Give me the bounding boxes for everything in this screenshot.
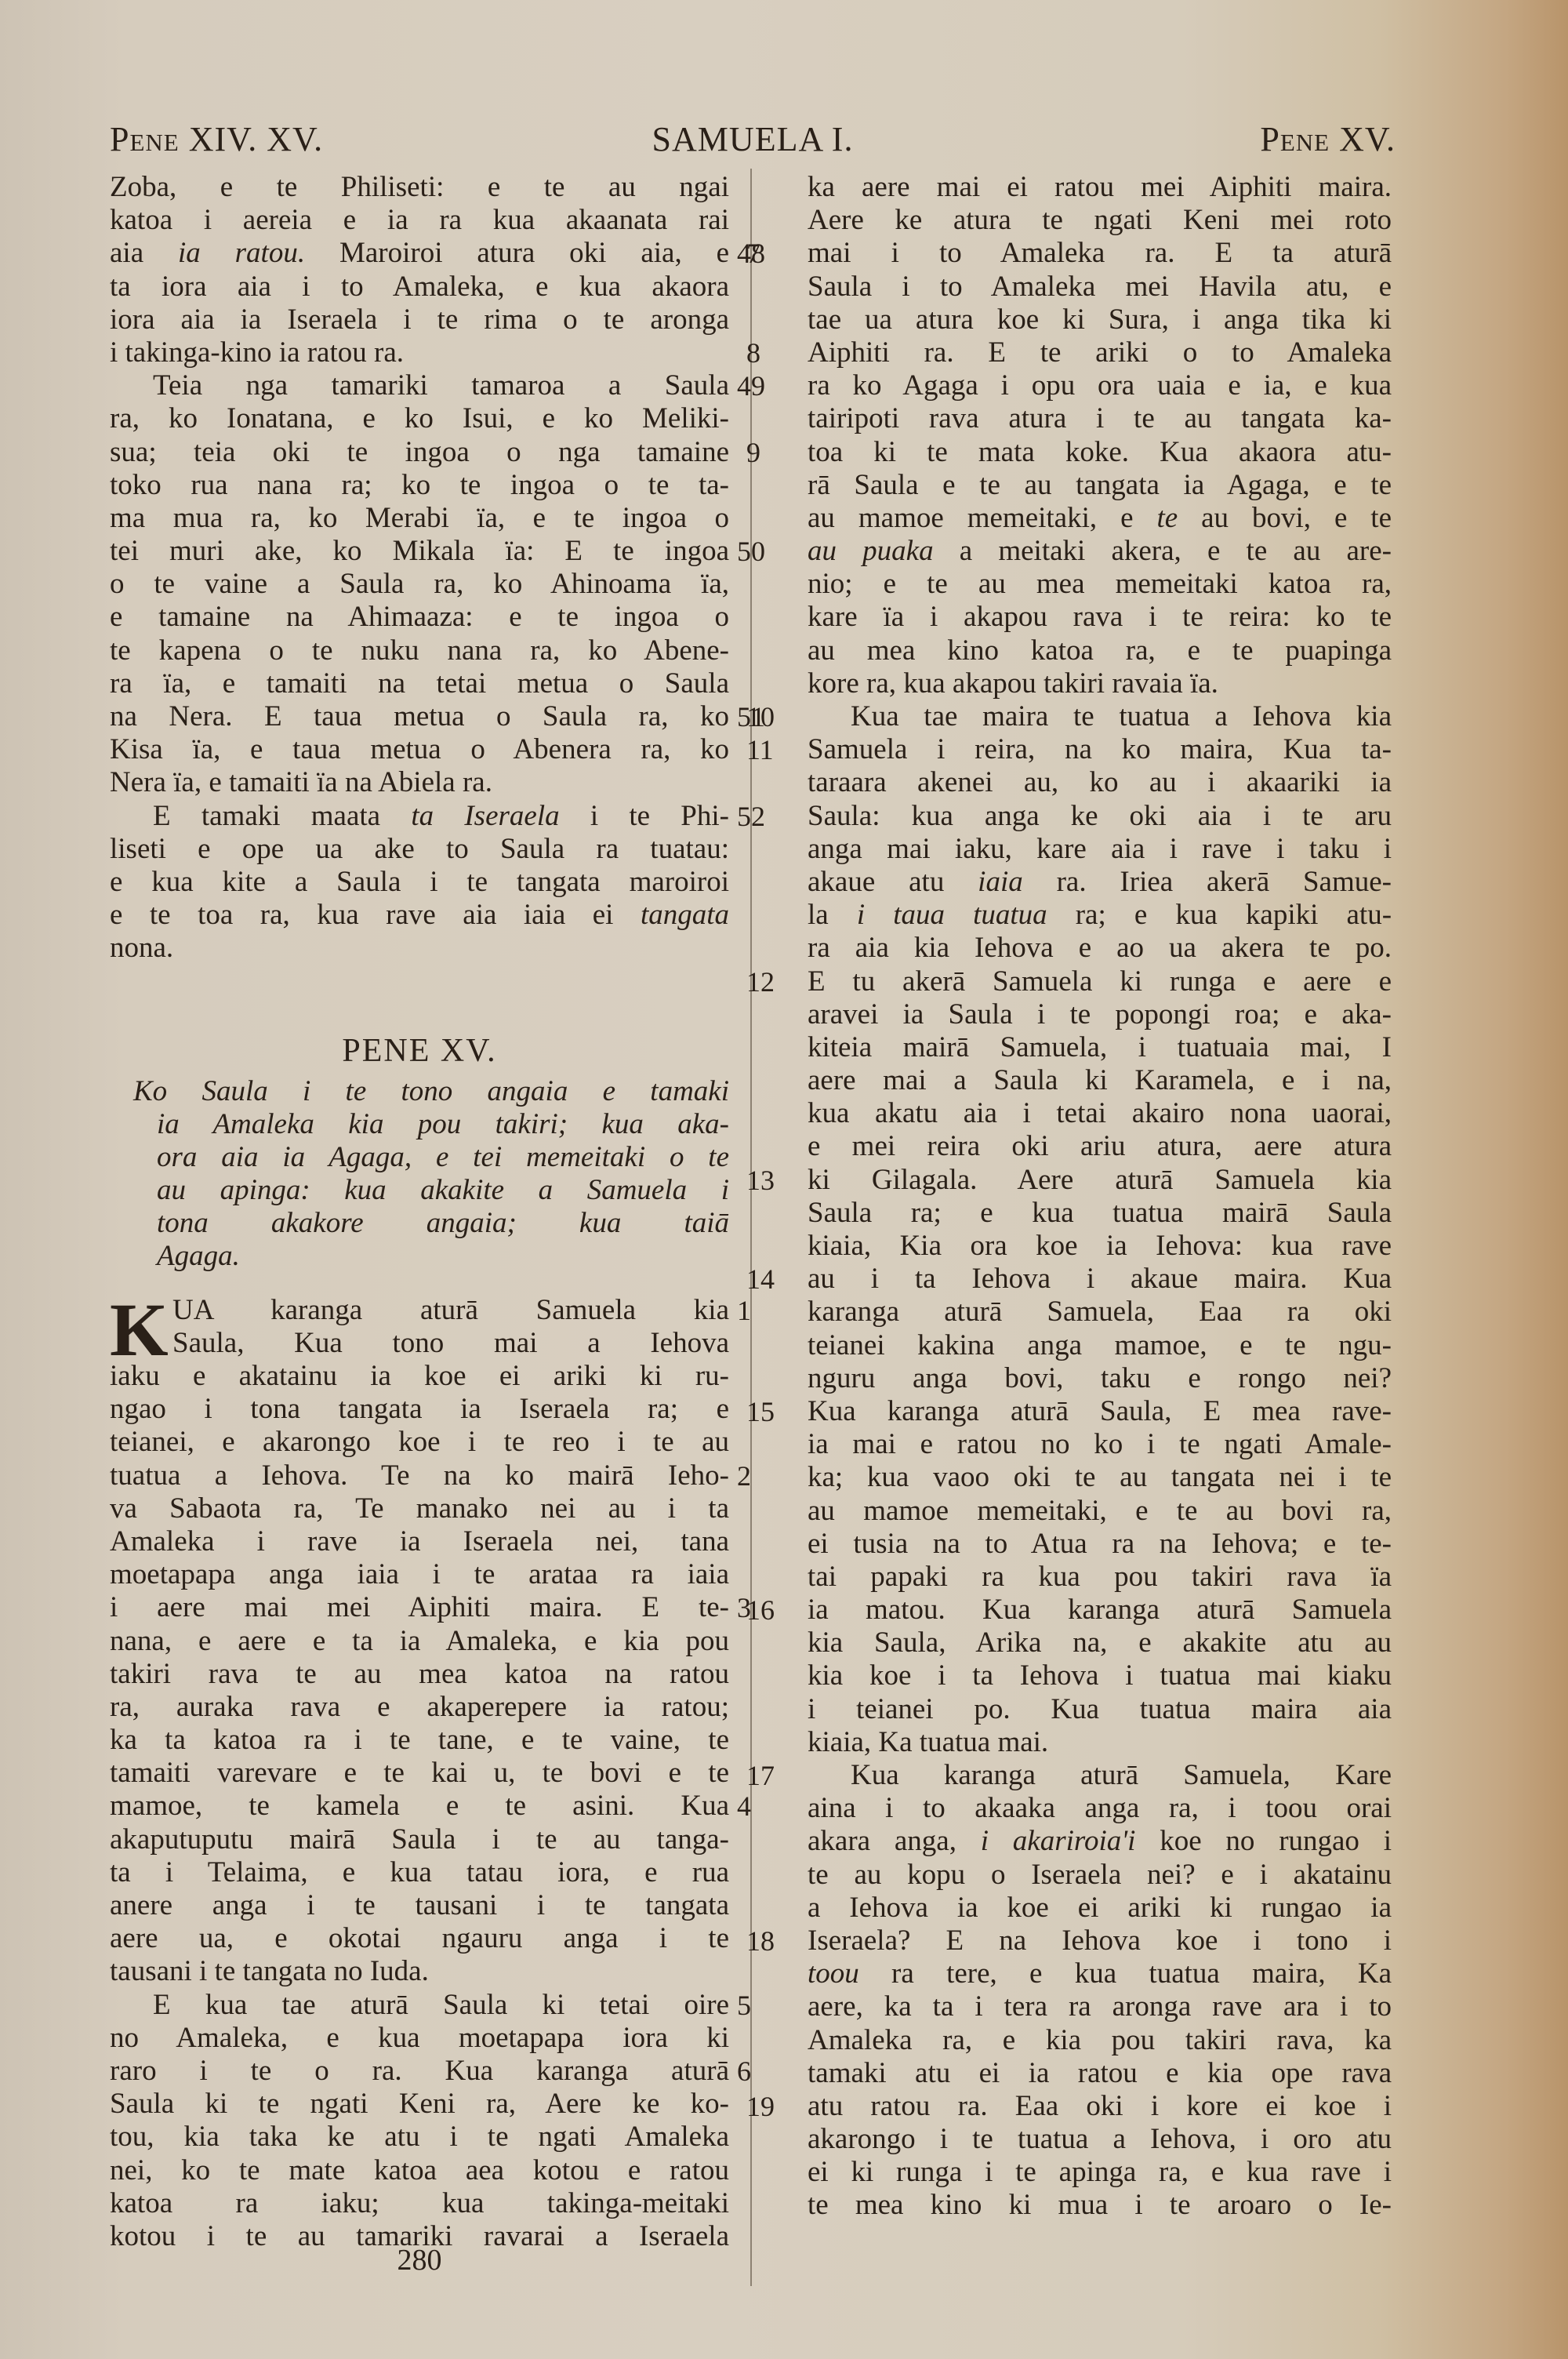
verse-number: 11 [746, 733, 801, 766]
text-line: sua; teia oki te ingoa o nga tamaine [110, 436, 729, 469]
text-line: nana, e aere e ta ia Amaleka, e kia pou [110, 1625, 729, 1658]
text-line: raro i te o ra. Kua karanga aturā6 [110, 2055, 729, 2088]
chapter-15-opening: K UA karanga aturā Samuela kia1Saula, Ku… [110, 1294, 729, 2253]
text-line: Amaleka ra, e kia pou takiri rava, ka [808, 2024, 1392, 2057]
text-line: aina i to akaaka anga ra, i toou orai [808, 1792, 1392, 1825]
text-line: au mamoe memeitaki, e te au bovi, e te [808, 502, 1392, 535]
text-line: akaputuputu mairā Saula i te au tanga- [110, 1823, 729, 1856]
text-line: E kua tae aturā Saula ki tetai oire5 [110, 1989, 729, 2022]
text-line: i aere mai mei Aiphiti maira. E te-3 [110, 1591, 729, 1624]
text-line: tuatua a Iehova. Te na ko mairā Ieho-2 [110, 1459, 729, 1492]
chapter-heading: PENE XV. [110, 1027, 729, 1075]
text-line: aravei ia Saula i te popongi roa; e aka- [808, 998, 1392, 1031]
text-line: mai i to Amaleka ra. E ta aturā7 [808, 237, 1392, 270]
text-line: kare ïa i akapou rava i te reira: ko te [808, 601, 1392, 634]
verse-number: 4 [737, 1790, 768, 1823]
summary-line: Agaga. [157, 1240, 729, 1273]
text-line: teianei kakina anga mamoe, e te ngu- [808, 1329, 1392, 1362]
text-line: mamoe, te kamela e te asini. Kua4 [110, 1790, 729, 1823]
text-line: e mei reira oki ariu atura, aere atura [808, 1130, 1392, 1163]
text-line: rā Saula e te au tangata ia Agaga, e te [808, 469, 1392, 502]
text-line: Aiphiti ra. E te ariki o to Amaleka8 [808, 336, 1392, 369]
text-line: tamaki atu ei ia ratou e kia ope rava [808, 2057, 1392, 2090]
text-line: aere mai a Saula ki Karamela, e i na, [808, 1064, 1392, 1097]
verse-number: 50 [737, 535, 768, 568]
text-line: au i ta Iehova i akaue maira. Kua14 [808, 1263, 1392, 1296]
verse-number: 6 [737, 2055, 768, 2088]
text-line: kia Saula, Arika na, e akakite atu au [808, 1627, 1392, 1659]
verse-number: 7 [746, 237, 801, 270]
verse-number: 52 [737, 800, 768, 833]
text-line: teianei, e akarongo koe i te reo i te au [110, 1426, 729, 1459]
text-line: kiaia, Kia ora koe ia Iehova: kua rave [808, 1230, 1392, 1263]
verse-number: 13 [746, 1164, 801, 1197]
text-line: Aere ke atura te ngati Keni mei roto [808, 204, 1392, 237]
verse-number: 15 [746, 1395, 801, 1428]
text-line: kiteia mairā Samuela, i tuatuaia mai, I [808, 1031, 1392, 1064]
text-line: tei muri ake, ko Mikala ïa: E te ingoa50 [110, 535, 729, 568]
text-line: Teia nga tamariki tamaroa a Saula49 [110, 369, 729, 402]
text-line: ngao i tona tangata ia Iseraela ra; e [110, 1393, 729, 1426]
text-line: Nera ïa, e tamaiti ïa na Abiela ra. [110, 766, 729, 799]
text-line: au mea kino katoa ra, e te puapinga [808, 634, 1392, 667]
verse-number: 10 [746, 700, 801, 733]
text-line: Saula: kua anga ke oki aia i te aru [808, 800, 1392, 833]
text-line: kua akatu aia i tetai akairo nona uaorai… [808, 1097, 1392, 1130]
verse-number: 16 [746, 1594, 801, 1627]
verse-number: 18 [746, 1925, 801, 1957]
text-line: Samuela i reira, na ko maira, Kua ta-11 [808, 733, 1392, 766]
text-line: kiaia, Ka tuatua mai. [808, 1726, 1392, 1759]
text-line: au puaka a meitaki akera, e te au are- [808, 535, 1392, 568]
text-line: aere ua, e okotai ngauru anga i te [110, 1922, 729, 1955]
text-line: aia ia ratou. Maroiroi atura oki aia, e4… [110, 237, 729, 270]
text-line: nio; e te au mea memeitaki katoa ra, [808, 568, 1392, 601]
left-column-chapter-15-text: UA karanga aturā Samuela kia1Saula, Kua … [110, 1294, 729, 2253]
text-line: ra, auraka rava e akaperepere ia ratou; [110, 1691, 729, 1724]
text-line: E tamaki maata ta Iseraela i te Phi-52 [110, 800, 729, 833]
verse-number: 8 [746, 336, 801, 369]
verse-number: 2 [737, 1459, 768, 1492]
text-line: akara anga, i akariroia'i koe no rungao … [808, 1825, 1392, 1858]
text-line: tou, kia taka ke atu i te ngati Amaleka [110, 2121, 729, 2154]
text-line: akaue atu iaia ra. Iriea akerā Samue- [808, 866, 1392, 899]
left-column: Zoba, e te Philiseti: e te au ngaikatoa … [110, 171, 729, 2253]
chapter-summary: Ko Saula i te tono angaia e tamakiia Ama… [110, 1075, 729, 1274]
text-line: e te toa ra, kua rave aia iaia ei tangat… [110, 899, 729, 932]
verse-number: 49 [737, 369, 768, 402]
text-line: ra ïa, e tamaiti na tetai metua o Saula [110, 667, 729, 700]
text-line: ta i Telaima, e kua tatau iora, e rua [110, 1856, 729, 1889]
text-line: tairipoti rava atura i te au tangata ka- [808, 402, 1392, 435]
text-line: anere anga i te tausani i te tangata [110, 1889, 729, 1922]
text-line: ka; kua vaoo oki te au tangata nei i te [808, 1461, 1392, 1494]
text-line: Iseraela? E na Iehova koe i tono i18 [808, 1925, 1392, 1957]
text-line: iora aia ia Iseraela i te rima o te aron… [110, 304, 729, 336]
text-line: Saula, Kua tono mai a Iehova [110, 1327, 729, 1360]
summary-line: tona akakore angaia; kua taiā [157, 1207, 729, 1240]
text-line: taraara akenei au, ko au i akaariki ia [808, 766, 1392, 799]
text-line: E tu akerā Samuela ki runga e aere e12 [808, 965, 1392, 998]
text-line: i teianei po. Kua tuatua maira aia [808, 1693, 1392, 1726]
verse-number: 19 [746, 2090, 801, 2123]
text-line: kia koe i ta Iehova i tuatua mai kiaku [808, 1659, 1392, 1692]
text-line: tamaiti varevare e te kai u, te bovi e t… [110, 1757, 729, 1790]
running-head: Pene XIV. XV. SAMUELA I. Pene XV. [110, 119, 1396, 158]
text-line: aere, ka ta i tera ra aronga rave ara i … [808, 1990, 1392, 2023]
text-line: va Sabaota ra, Te manako nei au i ta [110, 1492, 729, 1525]
text-line: la i taua tuatua ra; e kua kapiki atu- [808, 899, 1392, 932]
text-line: tae ua atura koe ki Sura, i anga tika ki [808, 304, 1392, 336]
text-line: ra ko Agaga i opu ora uaia e ia, e kua [808, 369, 1392, 402]
text-line: liseti e ope ua ake to Saula ra tuatau: [110, 833, 729, 866]
text-line: ki Gilagala. Aere aturā Samuela kia13 [808, 1164, 1392, 1197]
text-line: anga mai iaku, kare aia i rave i taku i [808, 833, 1392, 866]
summary-line: au apinga: kua akakite a Samuela i [157, 1174, 729, 1207]
text-line: ra, ko Ionatana, e ko Isui, e ko Meliki- [110, 402, 729, 435]
text-line: toko rua nana ra; ko te ingoa o te ta- [110, 469, 729, 502]
running-head-right: Pene XV. [1260, 119, 1396, 159]
column-divider [750, 169, 752, 2286]
text-line: tai papaki ra kua pou takiri rava ïa [808, 1561, 1392, 1594]
text-line: ka aere mai ei ratou mei Aiphiti maira. [808, 171, 1392, 204]
text-line: toa ki te mata koke. Kua akaora atu-9 [808, 436, 1392, 469]
text-line: takiri rava te au mea katoa na ratou [110, 1658, 729, 1691]
text-line: te mea kino ki mua i te aroaro o Ie- [808, 2189, 1392, 2222]
verse-number: 1 [737, 1294, 768, 1327]
text-line: nguru anga bovi, taku e rongo nei? [808, 1362, 1392, 1395]
text-line: Saula i to Amaleka mei Havila atu, e [808, 271, 1392, 304]
text-line: akarongo i te tuatua a Iehova, i oro atu [808, 2123, 1392, 2156]
text-line: tausani i te tangata no Iuda. [110, 1955, 729, 1988]
text-line: ra aia kia Iehova e ao ua akera te po. [808, 932, 1392, 965]
text-line: karanga aturā Samuela, Eaa ra oki [808, 1296, 1392, 1329]
text-line: no Amaleka, e kua moetapapa iora ki [110, 2022, 729, 2055]
text-line: ia matou. Kua karanga aturā Samuela16 [808, 1594, 1392, 1627]
text-line: atu ratou ra. Eaa oki i kore ei koe i19 [808, 2090, 1392, 2123]
page-number: 280 [110, 2243, 729, 2277]
text-line: Kua karanga aturā Saula, E mea rave-15 [808, 1395, 1392, 1428]
text-line: i takinga-kino ia ratou ra. [110, 336, 729, 369]
text-line: ei ki runga i te apinga ra, e kua rave i [808, 2156, 1392, 2189]
summary-line: Ko Saula i te tono angaia e tamaki [133, 1075, 729, 1108]
text-line: nona. [110, 932, 729, 965]
text-line: ka ta katoa ra i te tane, e te vaine, te [110, 1724, 729, 1757]
text-line: te au kopu o Iseraela nei? e i akatainu [808, 1859, 1392, 1892]
right-column: ka aere mai ei ratou mei Aiphiti maira.A… [808, 171, 1392, 2223]
text-line: ta iora aia i to Amaleka, e kua akaora [110, 271, 729, 304]
text-line: iaku e akatainu ia koe ei ariki ki ru- [110, 1360, 729, 1393]
text-line: te kapena o te nuku nana ra, ko Abene- [110, 634, 729, 667]
summary-line: ia Amaleka kia pou takiri; kua aka- [157, 1108, 729, 1141]
text-line: o te vaine a Saula ra, ko Ahinoama ïa, [110, 568, 729, 601]
text-line: e kua kite a Saula i te tangata maroiroi [110, 866, 729, 899]
left-column-chapter-14-text: Zoba, e te Philiseti: e te au ngaikatoa … [110, 171, 729, 965]
verse-number: 5 [737, 1989, 768, 2022]
text-line: Kisa ïa, e taua metua o Abenera ra, ko [110, 733, 729, 766]
right-column-text: ka aere mai ei ratou mei Aiphiti maira.A… [808, 171, 1392, 2223]
verse-number: 14 [746, 1263, 801, 1296]
text-line: Amaleka i rave ia Iseraela nei, tana [110, 1525, 729, 1558]
text-line: Saula ki te ngati Keni ra, Aere ke ko- [110, 2088, 729, 2121]
text-line: katoa ra iaku; kua takinga-meitaki [110, 2187, 729, 2220]
text-line: moetapapa anga iaia i te arataa ra iaia [110, 1558, 729, 1591]
text-line: na Nera. E taua metua o Saula ra, ko51 [110, 700, 729, 733]
text-line: Saula ra; e kua tuatua mairā Saula [808, 1197, 1392, 1230]
running-head-title: SAMUELA I. [110, 119, 1396, 159]
text-line: Kua karanga aturā Samuela, Kare17 [808, 1759, 1392, 1792]
text-line: a Iehova ia koe ei ariki ki rungao ia [808, 1892, 1392, 1925]
text-line: au mamoe memeitaki, e te au bovi ra, [808, 1495, 1392, 1528]
text-line: katoa i aereia e ia ra kua akaanata rai [110, 204, 729, 237]
verse-number: 17 [746, 1759, 801, 1792]
text-line: ei tusia na to Atua ra na Iehova; e te- [808, 1528, 1392, 1561]
book-page: Pene XIV. XV. SAMUELA I. Pene XV. Zoba, … [0, 0, 1568, 2359]
text-line: ia mai e ratou no ko i te ngati Amale- [808, 1428, 1392, 1461]
text-line: e tamaine na Ahimaaza: e te ingoa o [110, 601, 729, 634]
text-line: kore ra, kua akapou takiri ravaia ïa. [808, 667, 1392, 700]
verse-number: 12 [746, 965, 801, 998]
text-line: UA karanga aturā Samuela kia1 [110, 1294, 729, 1327]
text-line: Zoba, e te Philiseti: e te au ngai [110, 171, 729, 204]
text-line: Kua tae maira te tuatua a Iehova kia10 [808, 700, 1392, 733]
text-line: nei, ko te mate katoa aea kotou e ratou [110, 2154, 729, 2187]
text-line: toou ra tere, e kua tuatua maira, Ka [808, 1957, 1392, 1990]
summary-line: ora aia ia Agaga, e tei memeitaki o te [157, 1141, 729, 1174]
text-line: ma mua ra, ko Merabi ïa, e te ingoa o [110, 502, 729, 535]
verse-number: 9 [746, 436, 801, 469]
